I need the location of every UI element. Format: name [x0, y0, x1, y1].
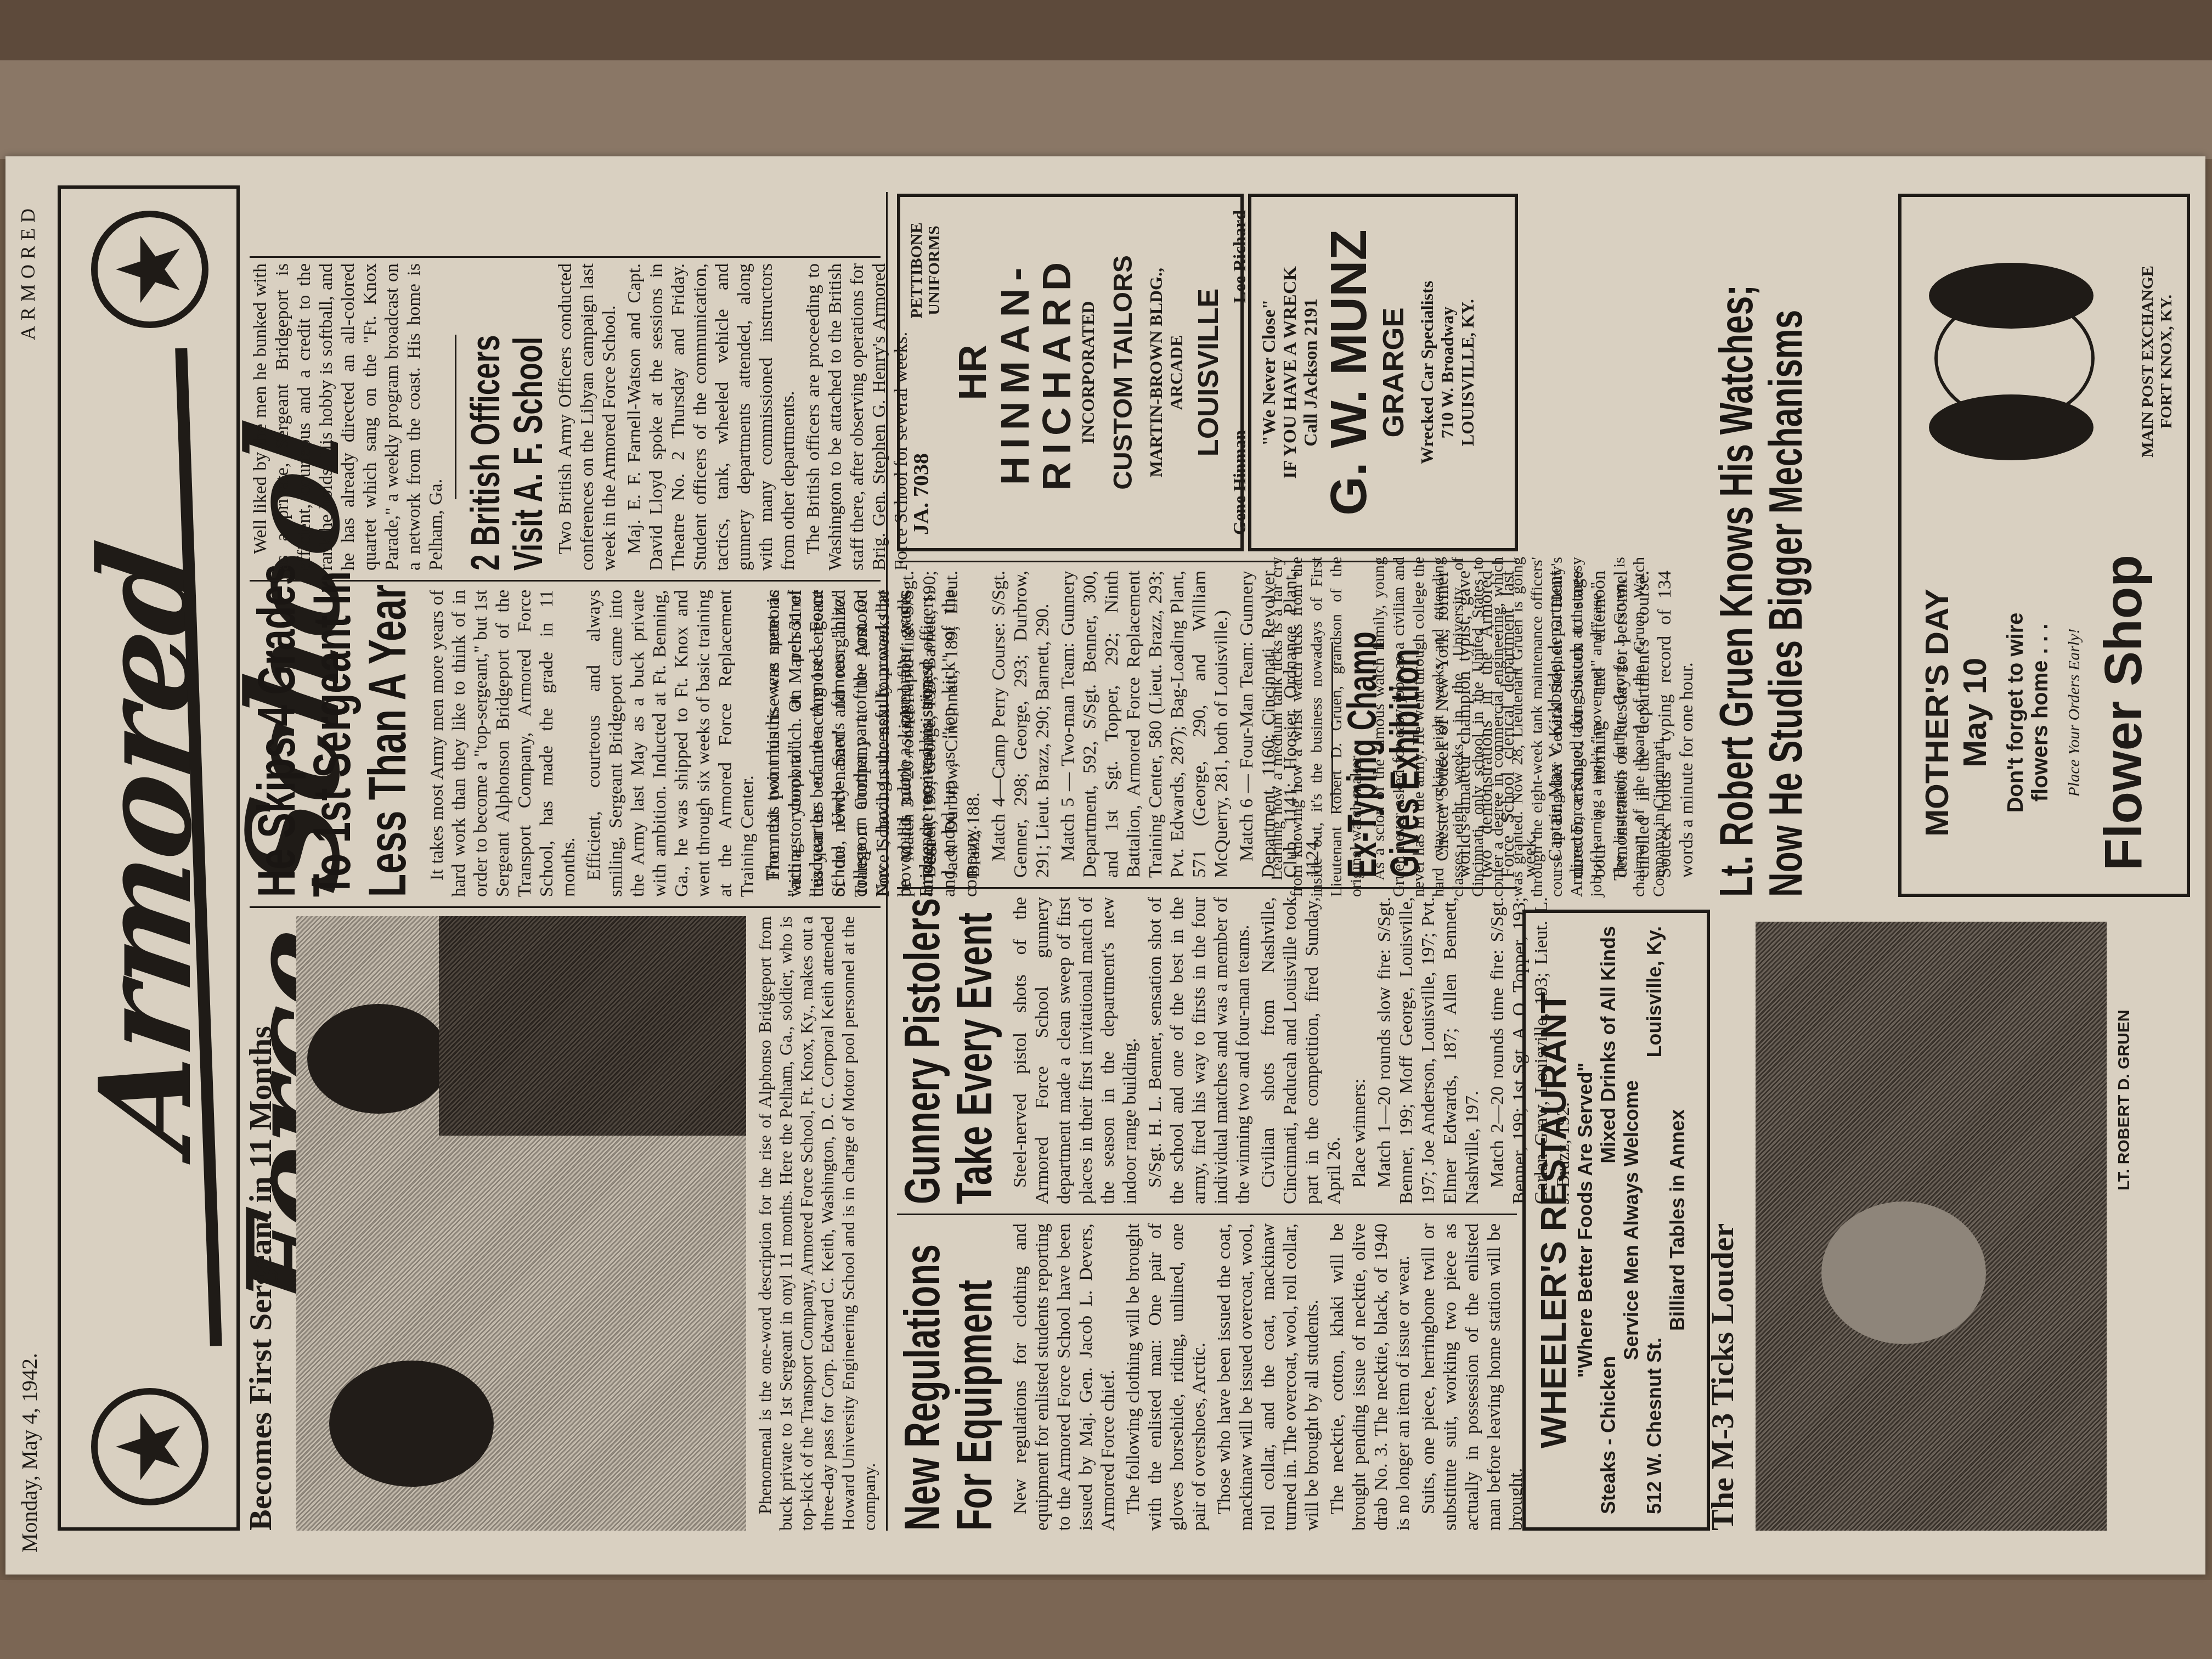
ad-city: LOUISVILLE, KY. — [1458, 197, 1478, 548]
ad-line-2: Call JAckson 2191 — [1301, 197, 1322, 548]
ad-name-2: RICHARD — [1036, 197, 1078, 548]
ad-address: 512 W. Chesnut St. — [1643, 1338, 1666, 1514]
column-rule — [250, 580, 881, 582]
regulations-headline: New Regulations For Equipment — [897, 1310, 1001, 1531]
skips-grades-headline: He Skips 4 Grades To 1st Sergeant In Les… — [250, 676, 415, 897]
hinman-richard-ad: JA. 7038 PETTIBONE UNIFORMS HR HINMAN- R… — [897, 194, 1244, 551]
photo-kicker: Becomes First Sergeant in 11 Months — [250, 916, 272, 1531]
ad-owner-1: Gene Hinman — [1229, 430, 1250, 535]
story-divider — [455, 335, 456, 499]
ad-menu-left: Steaks - Chicken — [1597, 1356, 1620, 1514]
issue-date: Monday, May 4, 1942. — [16, 1353, 42, 1553]
ad-line-1: Don't forget to wire — [2004, 548, 2028, 877]
sergeant-photo — [296, 916, 746, 1531]
star-emblem-icon: ★ — [91, 211, 208, 328]
column-rule — [250, 256, 881, 258]
section-rule — [886, 192, 888, 1531]
ad-line-1: IF YOU HAVE A WRECK — [1280, 197, 1301, 548]
photo-desk-shadow — [439, 916, 746, 1136]
ad-type: GRARGE — [1376, 197, 1410, 548]
ad-location-1: MAIN POST EXCHANGE — [2138, 219, 2157, 504]
pistolers-story: Gunnery Pistolers Take Every Event Steel… — [897, 897, 1578, 1204]
ad-city: Louisville, Ky. — [1643, 926, 1666, 1057]
ad-specialty: Wrecked Car Specialists — [1417, 197, 1437, 548]
running-head: ARMORED — [16, 203, 39, 340]
ad-name: WHEELER'S RESTAURANT — [1533, 913, 1574, 1527]
ad-address: 710 W. Broadway — [1437, 197, 1458, 548]
gruen-story-body: Learning how a medium tank ticks is a fa… — [1267, 557, 1672, 897]
frame-top — [0, 0, 2212, 60]
ad-name: G. W. MUNZ — [1322, 197, 1376, 548]
masthead: ★ Armored Force School ★ — [58, 185, 240, 1531]
ad-slogan: "We Never Close" — [1259, 197, 1280, 548]
photo-figure — [329, 1361, 494, 1487]
sergeant-photo-caption: Phenomenal is the one-word description f… — [754, 916, 883, 1531]
sergeant-photo-story: Becomes First Sergeant in 11 Months — [250, 916, 272, 1531]
ad-incorporated: INCORPORATED — [1078, 197, 1098, 548]
munz-garage-ad: "We Never Close" IF YOU HAVE A WRECK Cal… — [1248, 194, 1518, 551]
ad-phone: JA. 7038 — [908, 453, 943, 535]
ad-line-2: flowers home . . . — [2028, 548, 2053, 877]
ad-date: May 10 — [1956, 548, 1994, 877]
flower-shop-ad: MOTHER'S DAY May 10 Don't forget to wire… — [1898, 194, 2190, 897]
photo-figure — [1821, 1201, 1986, 1344]
ad-slogan: "Where Better Foods Are Served" — [1574, 913, 1597, 1527]
ad-line-3: Place Your Orders Early! — [2065, 548, 2084, 877]
ad-tagline: PETTIBONE UNIFORMS — [908, 210, 943, 331]
m3-photo-kicker-wrap: The M-3 Ticks Louder — [1712, 922, 1734, 1531]
ad-monogram: HR — [951, 197, 995, 548]
ad-menu-right: Mixed Drinks of All Kinds — [1597, 926, 1620, 1164]
ad-annex: Billiard Tables in Annex — [1666, 913, 1689, 1527]
newspaper-page: Monday, May 4, 1942. ARMORED ★ Armored F… — [5, 156, 2205, 1575]
ad-name: Flower Shop — [2093, 548, 2154, 877]
ad-city: LOUISVILLE — [1192, 197, 1225, 548]
column-rule — [250, 906, 881, 908]
ad-location-2: FORT KNOX, KY. — [2157, 219, 2176, 504]
ad-welcome: Service Men Always Welcome — [1620, 913, 1643, 1527]
gruen-photo — [1756, 922, 2107, 1531]
mother-portrait-illustration — [1923, 219, 2110, 504]
ad-address-1: MARTIN-BROWN BLDG., — [1146, 197, 1166, 548]
photo-figure — [307, 1004, 450, 1114]
star-emblem-icon: ★ — [91, 1388, 208, 1505]
ad-title: MOTHER'S DAY — [1918, 548, 1956, 877]
photo-kicker: The M-3 Ticks Louder — [1712, 922, 1734, 1531]
pistolers-headline: Gunnery Pistolers Take Every Event — [897, 983, 1001, 1204]
gruen-photo-caption: LT. ROBERT D. GRUEN — [2115, 1010, 2134, 1190]
skips-grades-story-cont: Well liked by the men he bunked with as … — [250, 263, 916, 571]
regulations-story: New Regulations For Equipment New regula… — [897, 1223, 1531, 1531]
gruen-headline: Lt. Robert Gruen Knows His Watches; Now … — [1712, 396, 1811, 897]
gruen-story: Lt. Robert Gruen Knows His Watches; Now … — [1712, 200, 1811, 897]
rotated-page-content: Monday, May 4, 1942. ARMORED ★ Armored F… — [5, 156, 2205, 1575]
british-headline: 2 British Officers Visit A. F. School — [464, 349, 549, 571]
ad-name-1: HINMAN- — [995, 197, 1036, 548]
ad-owner-2: Lee Richard — [1229, 210, 1250, 303]
frame-bottom — [0, 1580, 2212, 1659]
wheelers-restaurant-ad: WHEELER'S RESTAURANT "Where Better Foods… — [1522, 910, 1710, 1531]
dateline: Monday, May 4, 1942. ARMORED — [16, 181, 49, 1553]
ad-service: CUSTOM TAILORS — [1108, 197, 1138, 548]
frame-mat — [0, 60, 2212, 159]
column-rule — [897, 1214, 1517, 1215]
ad-address-2: ARCADE — [1166, 197, 1187, 548]
